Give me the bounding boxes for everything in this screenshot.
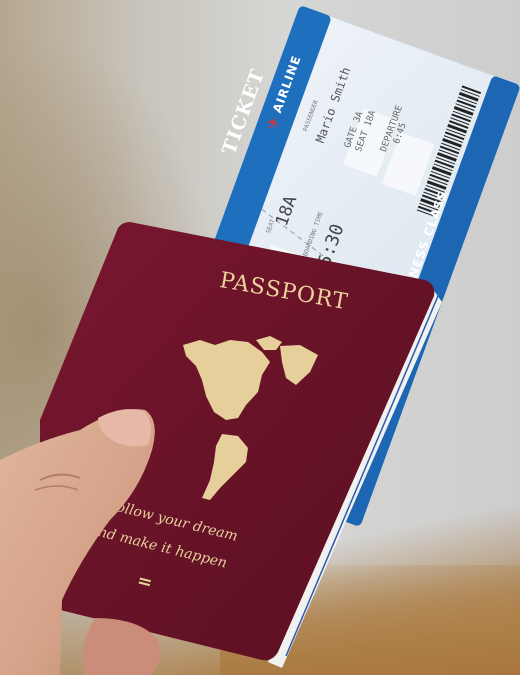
hand [0, 0, 520, 675]
finger [83, 618, 160, 675]
